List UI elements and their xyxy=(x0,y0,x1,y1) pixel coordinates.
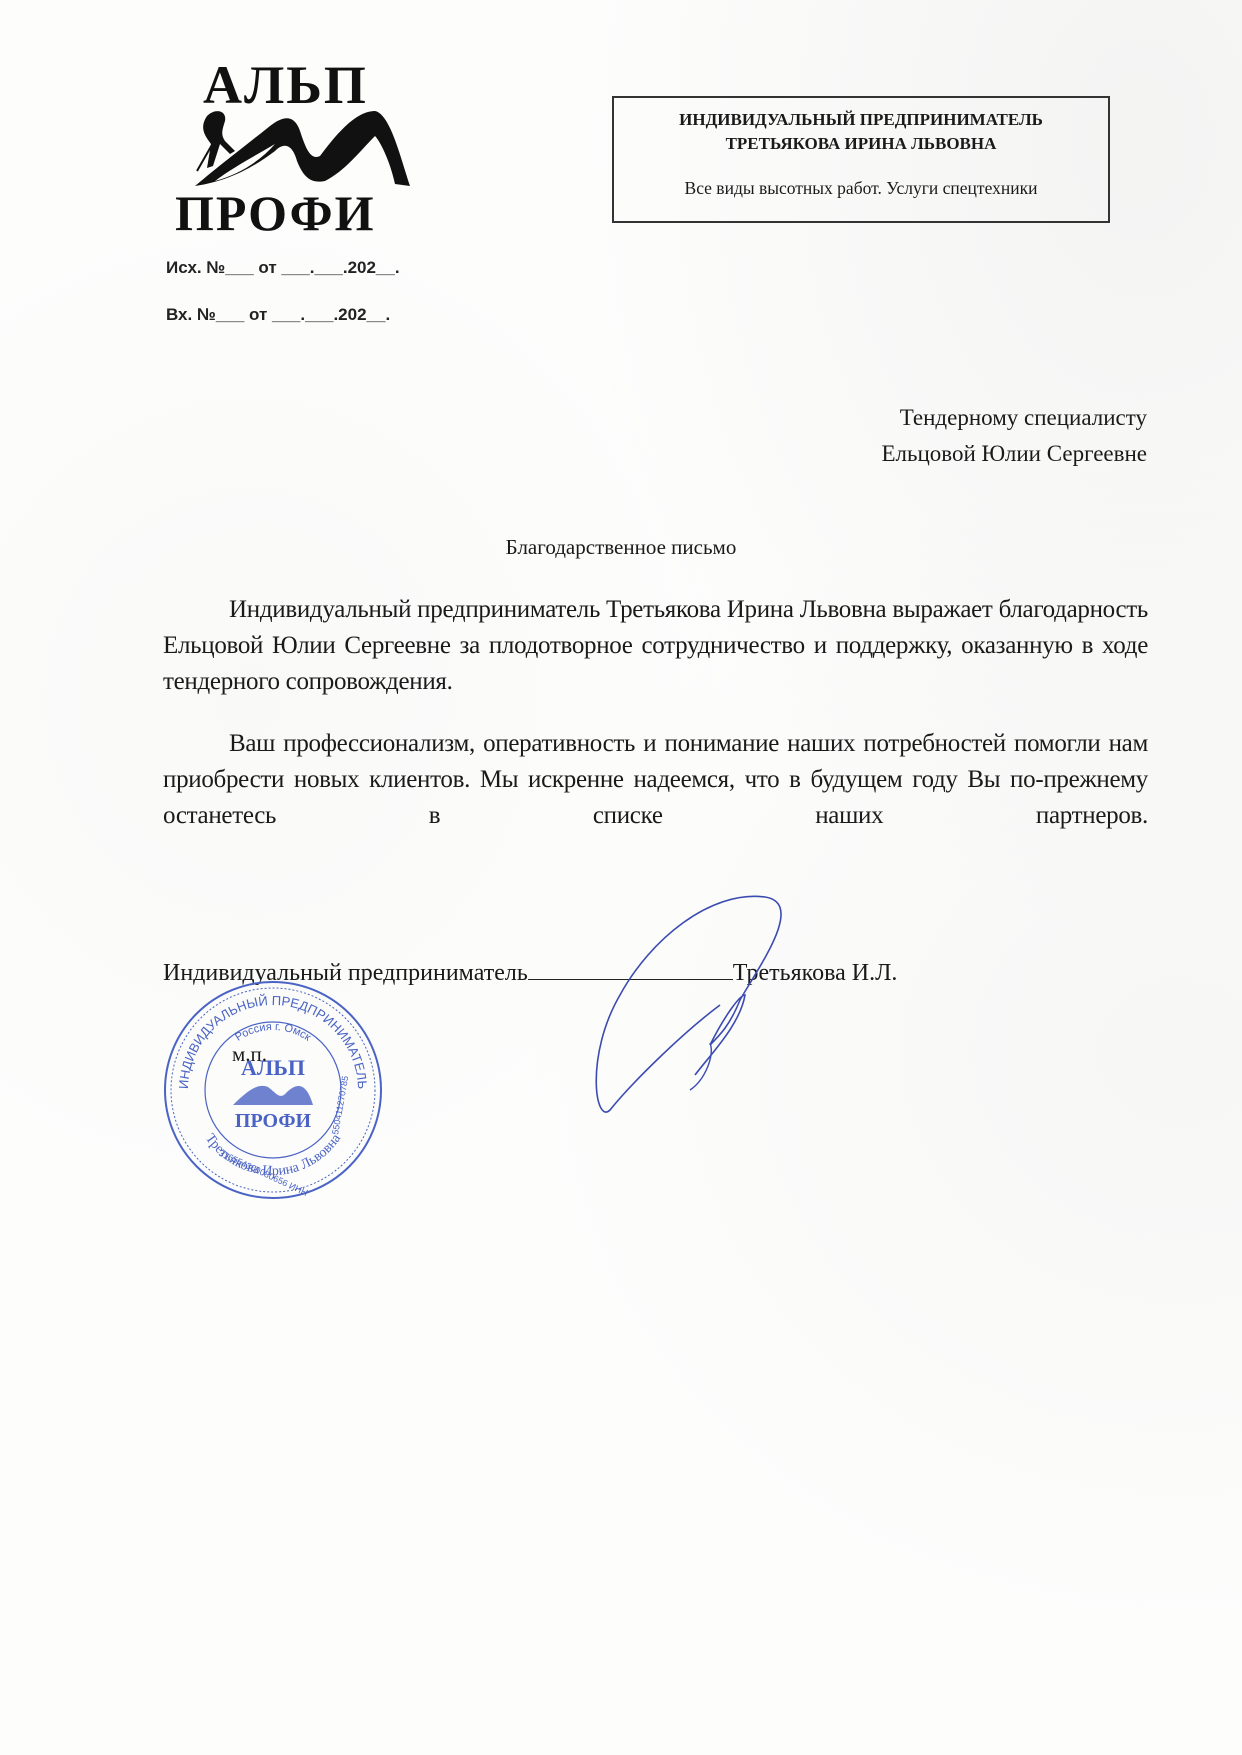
company-stamp: ИНДИВИДУАЛЬНЫЙ ПРЕДПРИНИМАТЕЛЬ Россия г.… xyxy=(158,975,388,1205)
addressee-block: Тендерному специалисту Ельцовой Юлии Сер… xyxy=(881,400,1147,472)
body-paragraph-1: Индивидуальный предприниматель Третьяков… xyxy=(163,592,1148,700)
stamp-place-label: м.п. xyxy=(232,1042,267,1067)
addressee-position: Тендерному специалисту xyxy=(881,400,1147,436)
letterhead-tagline: Все виды высотных работ. Услуги спецтехн… xyxy=(614,178,1108,199)
document-title: Благодарственное письмо xyxy=(0,535,1242,560)
svg-text:ПРОФИ: ПРОФИ xyxy=(235,1110,312,1132)
letterhead-line1: ИНДИВИДУАЛЬНЫЙ ПРЕДПРИНИМАТЕЛЬ xyxy=(614,108,1108,132)
logo-top-text: АЛЬП xyxy=(203,58,368,112)
svg-text:Россия г. Омск: Россия г. Омск xyxy=(233,1021,313,1044)
climber-mountain-icon xyxy=(185,106,425,191)
outgoing-reference: Исх. №___ от ___.___.202__. xyxy=(166,258,400,278)
paragraph-2-text: Ваш профессионализм, оперативность и пон… xyxy=(163,730,1148,829)
logo-bottom-text: ПРОФИ xyxy=(175,188,375,238)
letterhead-title: ИНДИВИДУАЛЬНЫЙ ПРЕДПРИНИМАТЕЛЬ ТРЕТЬЯКОВ… xyxy=(614,108,1108,156)
letterhead-line2: ТРЕТЬЯКОВА ИРИНА ЛЬВОВНА xyxy=(614,132,1108,156)
incoming-reference: Вх. №___ от ___.___.202__. xyxy=(166,305,390,325)
paragraph-1-text: Индивидуальный предприниматель Третьяков… xyxy=(163,596,1148,695)
body-paragraph-2: Ваш профессионализм, оперативность и пон… xyxy=(163,726,1148,834)
addressee-name: Ельцовой Юлии Сергеевне xyxy=(881,436,1147,472)
handwritten-signature xyxy=(590,885,820,1125)
svg-text:550411270785: 550411270785 xyxy=(330,1075,350,1135)
company-logo: АЛЬП ПРОФИ xyxy=(175,58,435,233)
letterhead-box: ИНДИВИДУАЛЬНЫЙ ПРЕДПРИНИМАТЕЛЬ ТРЕТЬЯКОВ… xyxy=(612,96,1110,223)
